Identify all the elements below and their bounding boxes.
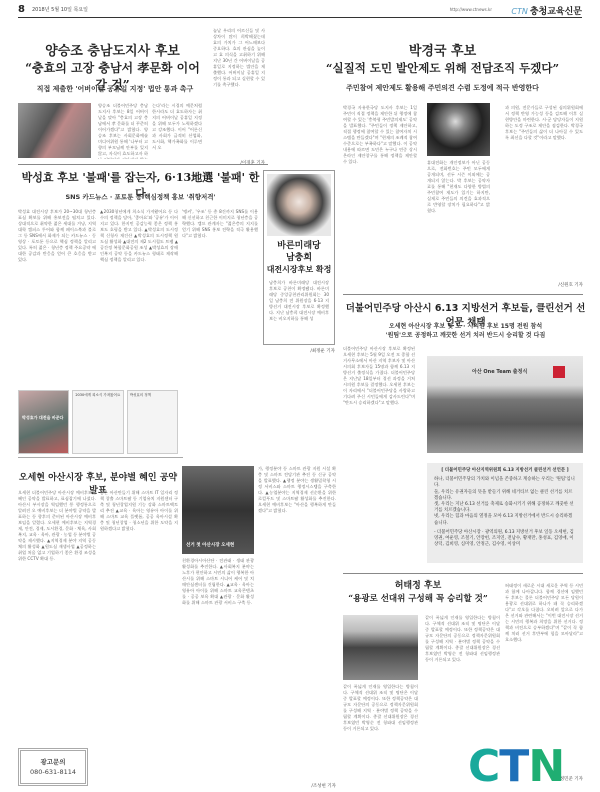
article3-body-col1: 박성효 대전시장 후보가 20~30대 청년층 표심 확보를 위해 홍보전을 펼…	[18, 209, 96, 384]
article2-photo	[427, 103, 490, 156]
cardnews-card-2-title: 2030에게 희소식 가져왔어요	[73, 391, 122, 400]
ad-phone: 080-631-8114	[21, 767, 85, 777]
article2-body-col2: 휴대전화는 개인정보가 아닌 공동으로, 전화번호는 주민 모두에게 공개되며,…	[427, 160, 490, 268]
article1-photo	[18, 103, 91, 158]
article6-title: 허태정 후보 “용광로 선대위 구성해 꼭 승리할 것”	[343, 580, 493, 606]
profile-party: 바른미래당	[264, 240, 334, 252]
article2-title-line1: 박경국 후보	[300, 43, 585, 60]
profile-headline: 대전시장후보 확정	[264, 264, 334, 276]
cardnews-strip: 박성효가 대전을 바꾼다 2030에게 희소식 가져왔어요 박성효의 정책	[18, 390, 178, 454]
divider	[18, 457, 183, 458]
article5-photo: 선거 첫 아산시장 오세현	[182, 466, 254, 554]
sidebar-profile: 바른미래당 남충희 대전시장후보 확정 남충희가 바른미래당 대전시장 후보로 …	[263, 170, 335, 345]
article5-body-col1: 오세현 더불어민주당 아산시장 예비후보가 혜인 공약을 발표하고, 표심잡기에…	[18, 490, 96, 740]
article3-body-col3: '앵커', '우조' 등 총 8건까지 SNS를 이용해 신선하고 친근한 이미…	[182, 209, 258, 449]
manifesto-box: [ 더불어민주당 아산지역위원회 6.13 지방선거 클린선거 선언문 ] 하나…	[427, 463, 583, 563]
ctn-letter-c: C	[468, 741, 499, 792]
cardnews-card-1-title: 박성효가 대전을 바꾼다	[19, 391, 68, 421]
article6-photo	[343, 615, 418, 680]
article6-title-line2: “용광로 선대위 구성해 꼭 승리할 것”	[343, 593, 493, 606]
article2-body-col3: 과 의원, 전문가들로 구성된 심의위원회에서 정책 반영 가능성 등을 검토해…	[505, 105, 583, 265]
article2-byline: /신원호 기자	[505, 282, 583, 288]
article1-subtitle: 직접 제출한 '어버이날 공휴일 지정' 법안 통과 촉구	[30, 84, 200, 94]
article5-byline: /조성현 기자	[258, 783, 336, 789]
issue-date: 2018년 5월 10일 목요일	[32, 6, 88, 13]
ctn-letter-t: T	[499, 741, 528, 792]
ctn-letter-n: N	[528, 741, 564, 792]
cardnews-card-3-title: 박성효의 정책	[128, 391, 177, 400]
profile-name: 남충희	[264, 252, 334, 264]
article2-title: 박경국 후보 “실질적 도민 발안제도 위해 전담조직 두겠다”	[300, 43, 585, 77]
manifesto-title: [ 더불어민주당 아산지역위원회 6.13 지방선거 클린선거 선언문 ]	[434, 468, 576, 474]
divider	[343, 573, 583, 574]
ctn-mark: CTN	[511, 7, 527, 16]
article5-body-col3: 친환경아시아산단 · 전관태 · 생태 관광 활성화를 추진한다. ▲사회복지 …	[182, 558, 254, 788]
masthead-name: 충청교육신문	[530, 7, 582, 17]
article4-body: 더불어민주당 아산시장 후보로 확정된 오세현 후보는 5월 9일 오전 모 종…	[343, 346, 415, 566]
article3-subtitle: SNS 카드뉴스 · 포토툰 등 핵심정책 홍보 '취향저격'	[18, 192, 263, 201]
profile-body: 남충희가 바른미래당 대전시장 후보로 공천이 확정됐다. 바른미래당 중앙공천…	[269, 280, 329, 334]
article2-body-col1: 박경국 자유한국당 도지사 후보는 1일 주민이 직접 정책을 제안한 뒤 행정…	[343, 105, 417, 268]
masthead-logo: CTN충청교육신문	[511, 4, 582, 17]
sidebar-byline: /최정운 기자	[263, 348, 335, 354]
manifesto-item: 하나, 더불어민주당의 가치와 이념을 존중하고 계승하는 우리는 '원팀'입니…	[434, 477, 576, 489]
article2-subtitle: 주민참여 제안제도 활용해 주민의견 수렴 도정에 적극 반영한다	[300, 83, 585, 93]
article1-title-line1: 양승조 충남도지사 후보	[20, 43, 205, 60]
page-header: 8 2018년 5월 10일 목요일 http://www.ctnews.kr …	[18, 4, 582, 18]
ad-label: 광고문의	[21, 757, 85, 767]
article1-byline: /이경훈 기자	[213, 160, 265, 166]
article6-body-extra: 같이 폭넓게 인재를 영입한다는 방침이다. 구체적 선대위 조직 및 명단은 …	[343, 684, 418, 784]
manifesto-item: 셋, 우리는 지난 6.13 선거를 축제로 승화시키기 위해 공정하고 깨끗한…	[434, 502, 576, 514]
article2-title-line2: “실질적 도민 발안제도 위해 전담조직 두겠다”	[300, 60, 585, 77]
article5-body-col2: 좋은 아산만들기 위해 스마트 IT 일자리 정책 창출 스마트팜 등 기업유치…	[100, 490, 178, 790]
photo-overlay-text: 선거 첫 아산시장 오세현	[186, 542, 234, 548]
article1-body-col2: 는다'라는 시경의 예문처럼 한시라도 더 효도하자는 취지의 어버이날 공휴일…	[152, 103, 202, 159]
divider	[343, 294, 583, 295]
photo-flag	[553, 366, 565, 378]
cardnews-card-1: 박성효가 대전을 바꾼다	[18, 390, 69, 454]
manifesto-item: 둘, 우리는 유권자들의 뜻을 받들기 위해 네거티브 없는 클린 선거를 치르…	[434, 490, 576, 502]
article5-body-col4: 가, 행정분야 등 스마트 관광 지원 시설 확충 및 스마트 전담기관 추진 …	[258, 466, 336, 782]
article6-title-line1: 허태정 후보	[343, 580, 493, 593]
page-number: 8	[18, 4, 25, 15]
site-url[interactable]: http://www.ctnews.kr	[450, 7, 492, 12]
cardnews-card-2: 2030에게 희소식 가져왔어요	[72, 390, 123, 454]
article4-subtitle-1: 오세현 아산시장 후보 및 도 · 시의원 후보 15명 전원 참석	[343, 321, 588, 330]
article1-body-col1: 양승조 더불어민주당 충남도지사 후보는 8일 어버이날을 맞아 "충효의 고장…	[98, 103, 148, 159]
profile-photo	[267, 174, 331, 236]
photo-banner-text: 아산 One Team 출정식	[472, 368, 527, 375]
ad-box[interactable]: 광고문의 080-631-8114	[18, 748, 88, 786]
article3-body-col2: ▲2030청년에게 희소식 가져왔어요 등 다수의 정책을 담아, '좋아요'와…	[100, 209, 178, 384]
article1-body-col3: 늘날 우리의 어르신들 및 사상차이 많이 희박해졌는데 효의 가치가 그 어느…	[213, 28, 265, 160]
ctn-watermark-logo: CTN	[468, 745, 564, 789]
manifesto-item: 넷, 우리는 힘과 마음의 열정을 모아 6.13 지방선거에서 반드시 승리하…	[434, 514, 576, 526]
manifesto-signers: - 더불어민주당 아산시장 · 광역의원, 6.13 지방선거 후보 일동 오세…	[434, 530, 576, 549]
cardnews-card-3: 박성효의 정책	[127, 390, 178, 454]
article4-subtitle-2: '원팀'으로 공정하고 깨끗한 선거 치러 반드시 승리할 것 다짐	[343, 330, 588, 339]
divider	[18, 164, 268, 165]
article4-photo: 아산 One Team 출정식	[427, 356, 583, 453]
